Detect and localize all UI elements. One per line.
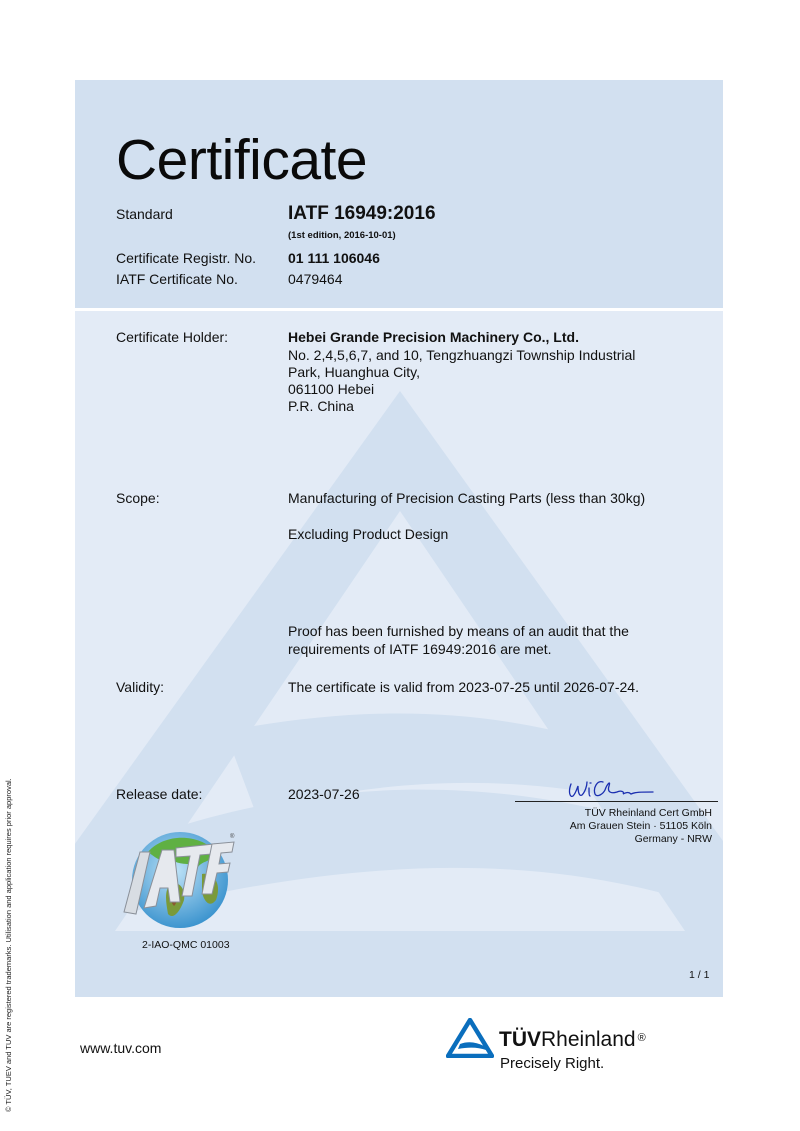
tuv-brand-name: TÜVRheinland® [499,1028,646,1052]
iatf-code: 2-IAO-QMC 01003 [142,939,230,951]
issuer-region: Germany - NRW [570,833,712,846]
tuv-brand-bold: TÜV [499,1028,541,1051]
proof-line-1: Proof has been furnished by means of an … [288,623,629,640]
holder-name: Hebei Grande Precision Machinery Co., Lt… [288,329,579,346]
svg-text:®: ® [230,833,235,840]
holder-address-line-2: Park, Huanghua City, [288,364,420,381]
validity-label: Validity: [116,679,164,696]
iatf-globe-logo-icon: ® [118,822,238,932]
tuv-brand-rest: Rheinland [541,1028,636,1051]
website-link[interactable]: www.tuv.com [80,1040,161,1056]
standard-edition: (1st edition, 2016-10-01) [288,230,396,242]
standard-value: IATF 16949:2016 [288,203,436,225]
tuv-triangle-logo-icon [446,1018,494,1058]
proof-line-2: requirements of IATF 16949:2016 are met. [288,641,552,658]
page-title: Certificate [116,128,367,192]
scope-line-2: Excluding Product Design [288,526,448,543]
issuer-name: TÜV Rheinland Cert GmbH [570,807,712,820]
holder-address-line-1: No. 2,4,5,6,7, and 10, Tengzhuangzi Town… [288,347,635,364]
registered-mark: ® [638,1032,646,1044]
holder-address-line-4: P.R. China [288,398,354,415]
holder-address-line-3: 061100 Hebei [288,381,374,398]
release-date-label: Release date: [116,786,202,803]
validity-text: The certificate is valid from 2023-07-25… [288,679,639,696]
registr-label: Certificate Registr. No. [116,250,256,267]
scope-line-1: Manufacturing of Precision Casting Parts… [288,490,645,507]
page-indicator: 1 / 1 [689,969,709,981]
holder-label: Certificate Holder: [116,329,228,346]
issuer-street: Am Grauen Stein · 51105 Köln [570,820,712,833]
tuv-tagline: Precisely Right. [500,1055,604,1072]
iatf-no-label: IATF Certificate No. [116,271,238,288]
signature-icon [565,776,660,802]
signature-line [515,801,718,802]
standard-label: Standard [116,206,173,223]
release-date-value: 2023-07-26 [288,786,360,803]
registr-value: 01 111 106046 [288,250,380,267]
scope-label: Scope: [116,490,160,507]
trademark-notice: © TÜV, TUEV and TUV are registered trade… [4,778,13,1112]
iatf-no-value: 0479464 [288,271,343,288]
issuer-block: TÜV Rheinland Cert GmbH Am Grauen Stein … [570,807,712,846]
